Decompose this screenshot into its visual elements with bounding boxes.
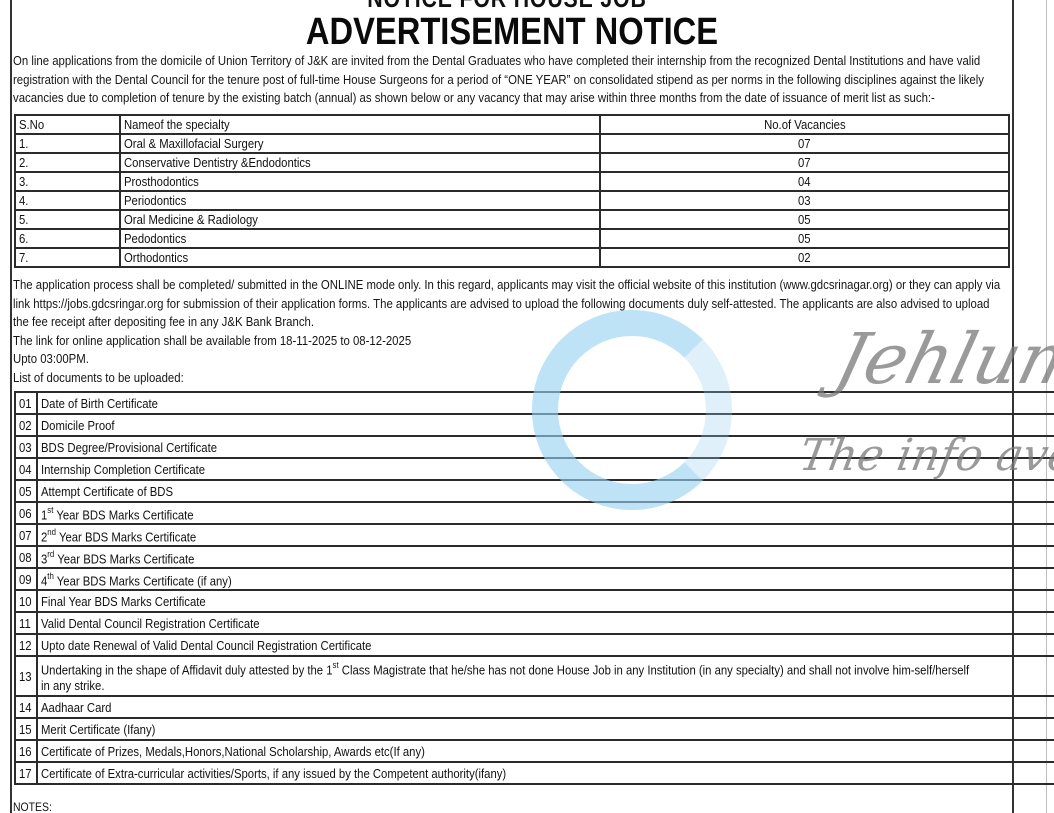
- document-name: Certificate of Extra-curricular activiti…: [37, 762, 1054, 784]
- document-number: 11: [15, 612, 37, 634]
- row-vacancies: 04: [600, 172, 1009, 191]
- documents-table: 01Date of Birth Certificate02Domicile Pr…: [14, 391, 1054, 785]
- document-name: Valid Dental Council Registration Certif…: [37, 612, 1054, 634]
- intro-line: On line applications from the domicile o…: [13, 52, 1002, 71]
- row-sno: 4.: [15, 191, 120, 210]
- row-vacancies: 02: [600, 248, 1009, 267]
- instruction-line: link https://jobs.gdcsringar.org for sub…: [13, 295, 1002, 314]
- document-number: 04: [15, 458, 37, 480]
- document-number: 13: [15, 656, 37, 696]
- ordinal-suffix: st: [333, 660, 339, 670]
- document-row: 072nd Year BDS Marks Certificate: [15, 524, 1054, 546]
- row-specialty: Oral Medicine & Radiology: [120, 210, 600, 229]
- document-name: 4th Year BDS Marks Certificate (if any): [37, 568, 1054, 590]
- ordinal-suffix: st: [48, 505, 54, 515]
- row-sno: 6.: [15, 229, 120, 248]
- row-sno: 5.: [15, 210, 120, 229]
- application-window-dates: The link for online application shall be…: [13, 332, 1002, 351]
- document-name: Date of Birth Certificate: [37, 392, 1054, 414]
- instruction-line: the fee receipt after depositing fee in …: [13, 313, 1002, 332]
- column-header-specialty: Nameof the specialty: [120, 115, 600, 134]
- table-row: 6.Pedodontics05: [15, 229, 1009, 248]
- document-number: 10: [15, 590, 37, 612]
- document-row: 10Final Year BDS Marks Certificate: [15, 590, 1054, 612]
- document-number: 05: [15, 480, 37, 502]
- documents-list-heading: List of documents to be uploaded:: [13, 369, 1002, 388]
- row-sno: 7.: [15, 248, 120, 267]
- ordinal-suffix: nd: [48, 527, 57, 537]
- column-header-vacancies: No.of Vacancies: [600, 115, 1009, 134]
- document-row: 04Internship Completion Certificate: [15, 458, 1054, 480]
- document-row: 14Aadhaar Card: [15, 696, 1054, 718]
- instruction-line: The application process shall be complet…: [13, 276, 1002, 295]
- document-row: 16Certificate of Prizes, Medals,Honors,N…: [15, 740, 1054, 762]
- document-name: 2nd Year BDS Marks Certificate: [37, 524, 1054, 546]
- document-number: 12: [15, 634, 37, 656]
- document-number: 16: [15, 740, 37, 762]
- row-vacancies: 07: [600, 134, 1009, 153]
- application-instructions: The application process shall be complet…: [13, 276, 1002, 387]
- intro-paragraph: On line applications from the domicile o…: [13, 52, 1002, 108]
- document-number: 08: [15, 546, 37, 568]
- row-vacancies: 03: [600, 191, 1009, 210]
- table-row: 7.Orthodontics02: [15, 248, 1009, 267]
- row-sno: 2.: [15, 153, 120, 172]
- table-header-row: S.No Nameof the specialty No.of Vacancie…: [15, 115, 1009, 134]
- page-title: ADVERTISEMENT NOTICE: [72, 11, 953, 54]
- row-vacancies: 07: [600, 153, 1009, 172]
- intro-line: vacancies due to completion of tenure by…: [13, 89, 1002, 108]
- document-name: Certificate of Prizes, Medals,Honors,Nat…: [37, 740, 1054, 762]
- document-name: Final Year BDS Marks Certificate: [37, 590, 1054, 612]
- document-name: Internship Completion Certificate: [37, 458, 1054, 480]
- document-row: 11Valid Dental Council Registration Cert…: [15, 612, 1054, 634]
- column-header-sno: S.No: [15, 115, 120, 134]
- document-number: 03: [15, 436, 37, 458]
- document-name: Merit Certificate (Ifany): [37, 718, 1054, 740]
- document-name: 1st Year BDS Marks Certificate: [37, 502, 1054, 524]
- row-specialty: Periodontics: [120, 191, 600, 210]
- document-number: 06: [15, 502, 37, 524]
- table-row: 4.Periodontics03: [15, 191, 1009, 210]
- row-sno: 1.: [15, 134, 120, 153]
- document-number: 01: [15, 392, 37, 414]
- document-name: Aadhaar Card: [37, 696, 1054, 718]
- document-number: 15: [15, 718, 37, 740]
- document-row: 15Merit Certificate (Ifany): [15, 718, 1054, 740]
- table-row: 1.Oral & Maxillofacial Surgery07: [15, 134, 1009, 153]
- document-row: 02Domicile Proof: [15, 414, 1054, 436]
- row-specialty: Prosthodontics: [120, 172, 600, 191]
- document-row: 094th Year BDS Marks Certificate (if any…: [15, 568, 1054, 590]
- document-row: 05Attempt Certificate of BDS: [15, 480, 1054, 502]
- row-vacancies: 05: [600, 210, 1009, 229]
- document-number: 17: [15, 762, 37, 784]
- document-number: 07: [15, 524, 37, 546]
- document-number: 14: [15, 696, 37, 718]
- row-specialty: Pedodontics: [120, 229, 600, 248]
- document-number: 09: [15, 568, 37, 590]
- ordinal-suffix: rd: [48, 549, 55, 559]
- document-row: 03BDS Degree/Provisional Certificate: [15, 436, 1054, 458]
- document-row: 083rd Year BDS Marks Certificate: [15, 546, 1054, 568]
- table-row: 2.Conservative Dentistry &Endodontics07: [15, 153, 1009, 172]
- table-row: 5.Oral Medicine & Radiology05: [15, 210, 1009, 229]
- row-specialty: Conservative Dentistry &Endodontics: [120, 153, 600, 172]
- document-row: 13Undertaking in the shape of Affidavit …: [15, 656, 1054, 696]
- document-name: Domicile Proof: [37, 414, 1054, 436]
- document-name: 3rd Year BDS Marks Certificate: [37, 546, 1054, 568]
- document-row: 12Upto date Renewal of Valid Dental Coun…: [15, 634, 1054, 656]
- document-name: Undertaking in the shape of Affidavit du…: [37, 656, 1054, 696]
- specialty-vacancy-table: S.No Nameof the specialty No.of Vacancie…: [14, 114, 1010, 268]
- document-row: 01Date of Birth Certificate: [15, 392, 1054, 414]
- row-specialty: Oral & Maxillofacial Surgery: [120, 134, 600, 153]
- notes-label: NOTES:: [13, 800, 52, 813]
- row-specialty: Orthodontics: [120, 248, 600, 267]
- document-name: Upto date Renewal of Valid Dental Counci…: [37, 634, 1054, 656]
- table-row: 3.Prosthodontics04: [15, 172, 1009, 191]
- intro-line: registration with the Dental Council for…: [13, 71, 1002, 90]
- row-vacancies: 05: [600, 229, 1009, 248]
- document-name: Attempt Certificate of BDS: [37, 480, 1054, 502]
- document-number: 02: [15, 414, 37, 436]
- document-row: 061st Year BDS Marks Certificate: [15, 502, 1054, 524]
- page-border-left: [10, 0, 12, 813]
- application-deadline-time: Upto 03:00PM.: [13, 350, 1002, 369]
- row-sno: 3.: [15, 172, 120, 191]
- document-row: 17Certificate of Extra-curricular activi…: [15, 762, 1054, 784]
- document-name: BDS Degree/Provisional Certificate: [37, 436, 1054, 458]
- ordinal-suffix: th: [48, 571, 55, 581]
